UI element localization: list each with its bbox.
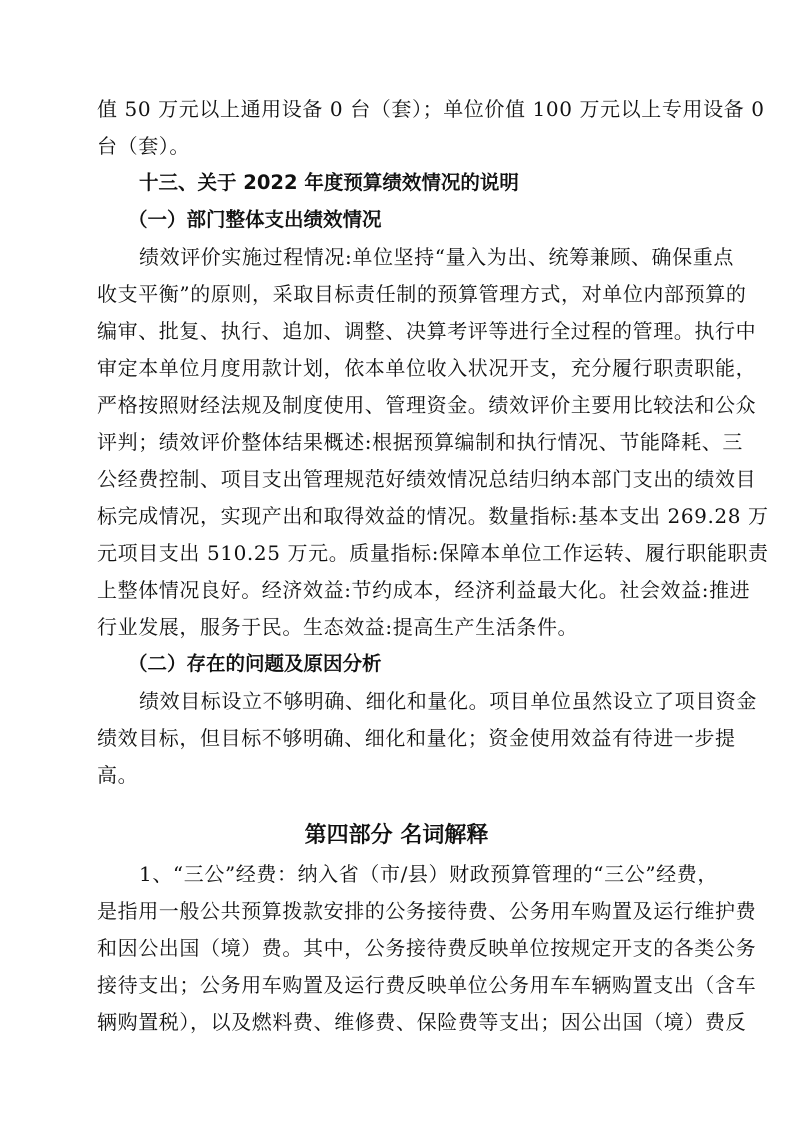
body-text-line: 高。 <box>97 763 701 787</box>
body-text-line: 值 50 万元以上通用设备 0 台（套）；单位价值 100 万元以上专用设备 0 <box>97 97 701 121</box>
body-text-line: 辆购置税），以及燃料费、维修费、保险费等支出；因公出国（境）费反 <box>97 1010 701 1034</box>
subsection-heading: （一）部门整体支出绩效情况 <box>128 208 732 232</box>
subsection-heading: （二）存在的问题及原因分析 <box>128 652 732 676</box>
body-text-line: 台（套）。 <box>97 134 701 158</box>
body-text-line: 标完成情况，实现产出和取得效益的情况。数量指标:基本支出 269.28 万 <box>97 504 701 528</box>
body-text-line: 和因公出国（境）费。其中，公务接待费反映单位按规定开支的各类公务 <box>97 936 701 960</box>
body-text-line: 严格按照财经法规及制度使用、管理资金。绩效评价主要用比较法和公众 <box>97 393 701 417</box>
section-heading: 十三、关于 2022 年度预算绩效情况的说明 <box>139 171 701 195</box>
body-text-line: 元项目支出 510.25 万元。质量指标:保障本单位工作运转、履行职能职责 <box>97 541 701 565</box>
body-text-line: 审定本单位月度用款计划，依本单位收入状况开支，充分履行职责职能， <box>97 356 701 380</box>
body-text-line: 接待支出；公务用车购置及运行费反映单位公务用车车辆购置支出（含车 <box>97 973 701 997</box>
body-text-line: 评判；绩效评价整体结果概述:根据预算编制和执行情况、节能降耗、三 <box>97 430 701 454</box>
part-heading: 第四部分 名词解释 <box>0 822 793 850</box>
body-text-line: 行业发展，服务于民。生态效益:提高生产生活条件。 <box>97 615 701 639</box>
document-page: 值 50 万元以上通用设备 0 台（套）；单位价值 100 万元以上专用设备 0… <box>0 0 793 1122</box>
body-text-line: 是指用一般公共预算拨款安排的公务接待费、公务用车购置及运行维护费 <box>97 899 701 923</box>
body-text-line: 上整体情况良好。经济效益:节约成本，经济利益最大化。社会效益:推进 <box>97 578 701 602</box>
body-text-line: 公经费控制、项目支出管理规范好绩效情况总结归纳本部门支出的绩效目 <box>97 467 701 491</box>
body-text-line: 绩效目标设立不够明确、细化和量化。项目单位虽然设立了项目资金 <box>139 689 701 713</box>
body-text-line: 1、“三公”经费：纳入省（市/县）财政预算管理的“三公”经费， <box>139 862 701 886</box>
body-text-line: 收支平衡”的原则，采取目标责任制的预算管理方式，对单位内部预算的 <box>97 282 701 306</box>
body-text-line: 编审、批复、执行、追加、调整、决算考评等进行全过程的管理。执行中 <box>97 319 701 343</box>
body-text-line: 绩效目标，但目标不够明确、细化和量化；资金使用效益有待进一步提 <box>97 726 701 750</box>
body-text-line: 绩效评价实施过程情况:单位坚持“量入为出、统筹兼顾、确保重点 <box>139 245 701 269</box>
